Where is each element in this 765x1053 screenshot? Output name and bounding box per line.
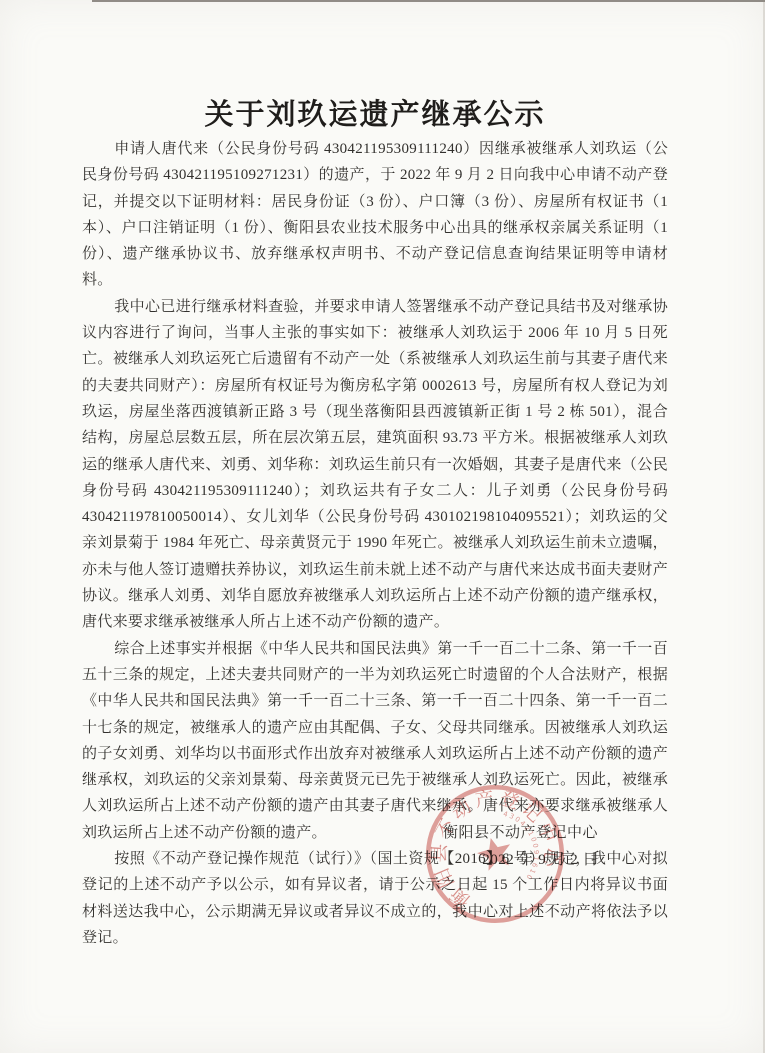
signature-date: 2022 年 9 月 2 日 xyxy=(443,847,598,874)
scan-edge-artifact-top xyxy=(92,0,765,2)
scanned-document-page: 关于刘玖运遗产继承公示 申请人唐代来（公民身份号码 43042119530911… xyxy=(0,0,765,1053)
paragraph-legal-basis: 综合上述事实并根据《中华人民共和国民法典》第一千一百二十二条、第一千一百五十三条… xyxy=(82,636,668,846)
paragraph-application-materials: 申请人唐代来（公民身份号码 430421195309111240）因继承被继承人… xyxy=(82,136,668,294)
signature-block: 衡阳县不动产登记中心 2022 年 9 月 2 日 xyxy=(443,820,598,874)
document-title: 关于刘玖运遗产继承公示 xyxy=(82,92,668,133)
paragraph-facts-of-case: 我中心已进行继承材料查验，并要求申请人签署继承不动产登记具结书及对继承协议内容进… xyxy=(82,294,668,636)
signature-organization: 衡阳县不动产登记中心 xyxy=(443,820,598,847)
